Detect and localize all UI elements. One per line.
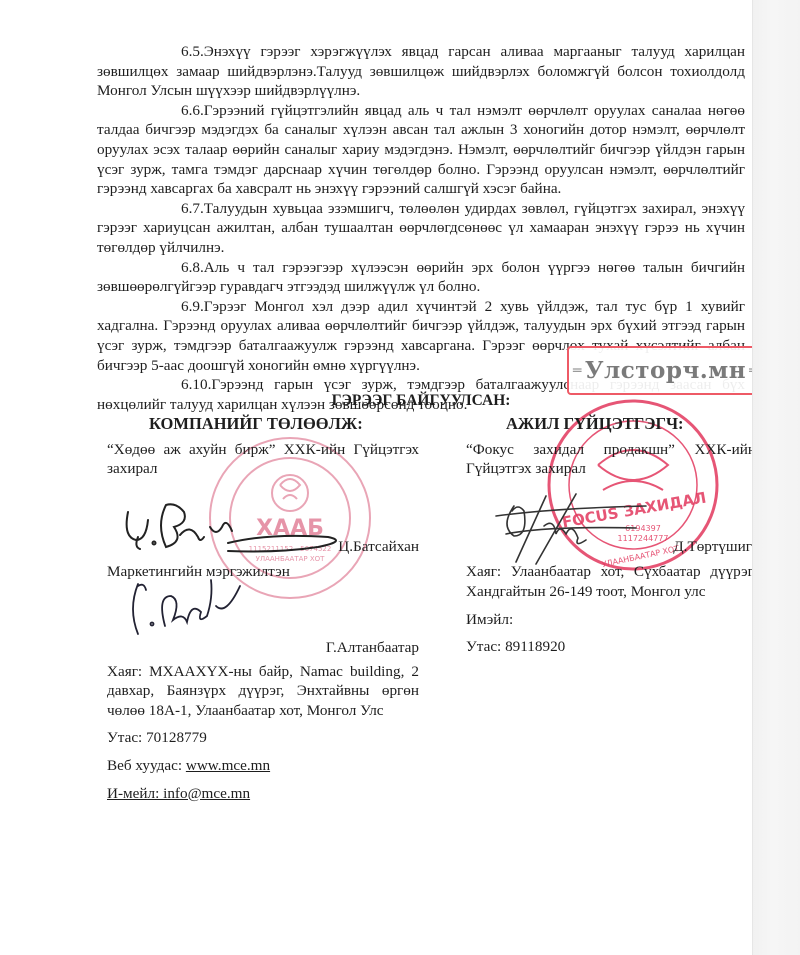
page-edge-shadow [752, 0, 800, 955]
clause-6-7: 6.7.Талуудын хувьцаа эзэмшигч, төлөөлөн … [97, 199, 745, 258]
site-watermark: ═ Улсторч.мн ═ [567, 346, 764, 395]
company-email[interactable]: И-мейл: info@mce.mn [107, 784, 419, 804]
company-heading: КОМПАНИЙГ ТӨЛӨӨЛЖ: [107, 414, 419, 434]
contractor-signature-block: АЖИЛ ГҮЙЦЭТГЭГЧ: “Фокус захидал продакшн… [466, 414, 756, 657]
contractor-address: Хаяг: Улаанбаатар хот, Сүхбаатар дүүрэг,… [466, 562, 756, 601]
watermark-text: Улсторч.мн [585, 357, 746, 384]
watermark-left-ornament-icon: ═ [573, 363, 582, 379]
company-address: Хаяг: МХААХҮХ-ны байр, Namac building, 2… [107, 662, 419, 721]
contractor-email: Имэйл: [466, 610, 756, 630]
contractor-heading: АЖИЛ ГҮЙЦЭТГЭГЧ: [466, 414, 756, 434]
company-web-label: Веб хуудас: [107, 757, 186, 774]
company-signature-block: КОМПАНИЙГ ТӨЛӨӨЛЖ: “Хөдөө аж ахуйн бирж”… [107, 414, 419, 803]
document-page: 6.5.Энэхүү гэрээг хэрэгжүүлэх явцад гарс… [0, 0, 752, 955]
company-signer-1: Ц.Батсайхан [107, 537, 419, 557]
clause-number: 6.5. [139, 42, 204, 62]
company-web-link[interactable]: www.mce.mn [186, 757, 270, 774]
clause-number: 6.8. [139, 258, 204, 278]
company-phone: Утас: 70128779 [107, 728, 419, 748]
clause-number: 6.7. [139, 199, 204, 219]
clause-6-8: 6.8.Аль ч тал гэрээгээр хүлээсэн өөрийн … [97, 258, 745, 297]
clause-6-6: 6.6.Гэрээний гүйцэтгэлийн явцад аль ч та… [97, 101, 745, 199]
contractor-org-line: “Фокус захидал продакшн” ХХК-ийн Гүйцэтг… [466, 440, 756, 479]
contractor-phone: Утас: 89118920 [466, 637, 756, 657]
company-role-2: Маркетингийн мэргэжилтэн [107, 562, 419, 582]
clause-6-5: 6.5.Энэхүү гэрээг хэрэгжүүлэх явцад гарс… [97, 42, 745, 101]
clause-number: 6.6. [139, 101, 204, 121]
company-org-line: “Хөдөө аж ахуйн бирж” ХХК-ийн Гүйцэтгэх … [107, 440, 419, 479]
company-web-row: Веб хуудас: www.mce.mn [107, 756, 419, 776]
clause-number: 6.9. [139, 297, 204, 317]
contractor-signer: Д.Төртүшиг [466, 537, 756, 557]
company-signer-2: Г.Алтанбаатар [107, 638, 419, 658]
